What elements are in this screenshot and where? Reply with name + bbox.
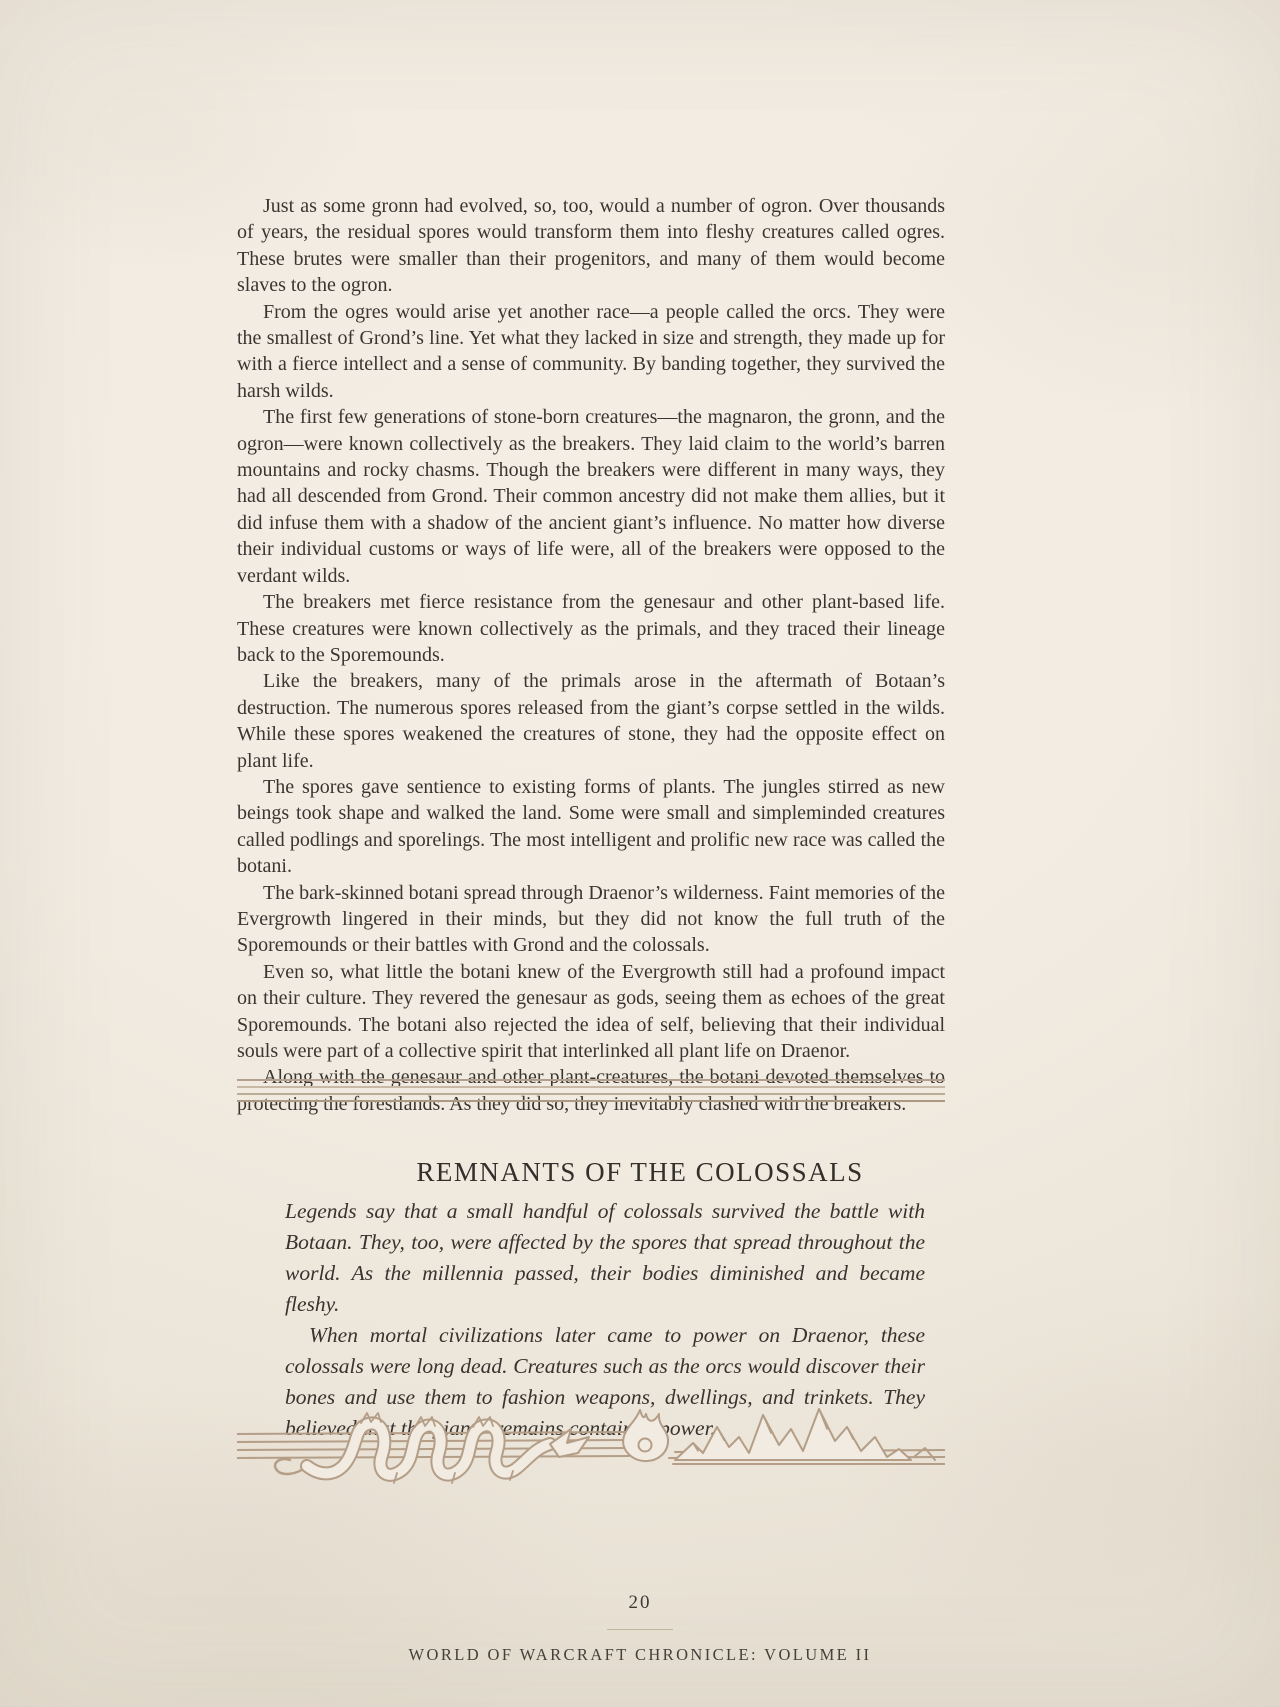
divider-rule-line: [237, 1093, 945, 1095]
body-paragraph: Even so, what little the botani knew of …: [237, 959, 945, 1065]
body-paragraph: The breakers met fierce resistance from …: [237, 589, 945, 668]
serpent-icon: [275, 1413, 589, 1483]
divider-rule-line: [237, 1079, 945, 1081]
page-number: 20: [0, 1592, 1280, 1614]
body-paragraph: From the ogres would arise yet another r…: [237, 299, 945, 405]
body-paragraph: Like the breakers, many of the primals a…: [237, 668, 945, 774]
body-paragraph: The bark-skinned botani spread through D…: [237, 880, 945, 959]
chapter-ornament: [237, 1400, 945, 1492]
note-heading: REMNANTS OF THE COLOSSALS: [0, 1157, 1280, 1188]
flame-icon: [623, 1410, 668, 1461]
footer-book-title: WORLD OF WARCRAFT CHRONICLE: VOLUME II: [0, 1645, 1280, 1665]
divider-rule-line: [237, 1100, 945, 1102]
divider-rule-line: [237, 1086, 945, 1088]
body-paragraph: The first few generations of stone-born …: [237, 404, 945, 589]
article-text: Just as some gronn had evolved, so, too,…: [237, 193, 945, 1117]
book-page: Just as some gronn had evolved, so, too,…: [0, 0, 1280, 1707]
body-paragraph: The spores gave sentience to existing fo…: [237, 774, 945, 880]
section-rule-divider: [237, 1079, 945, 1107]
body-paragraph: Just as some gronn had evolved, so, too,…: [237, 193, 945, 299]
page-number-rule: [607, 1629, 673, 1630]
mountains-icon: [675, 1409, 935, 1460]
note-paragraph: Legends say that a small handful of colo…: [285, 1196, 925, 1320]
